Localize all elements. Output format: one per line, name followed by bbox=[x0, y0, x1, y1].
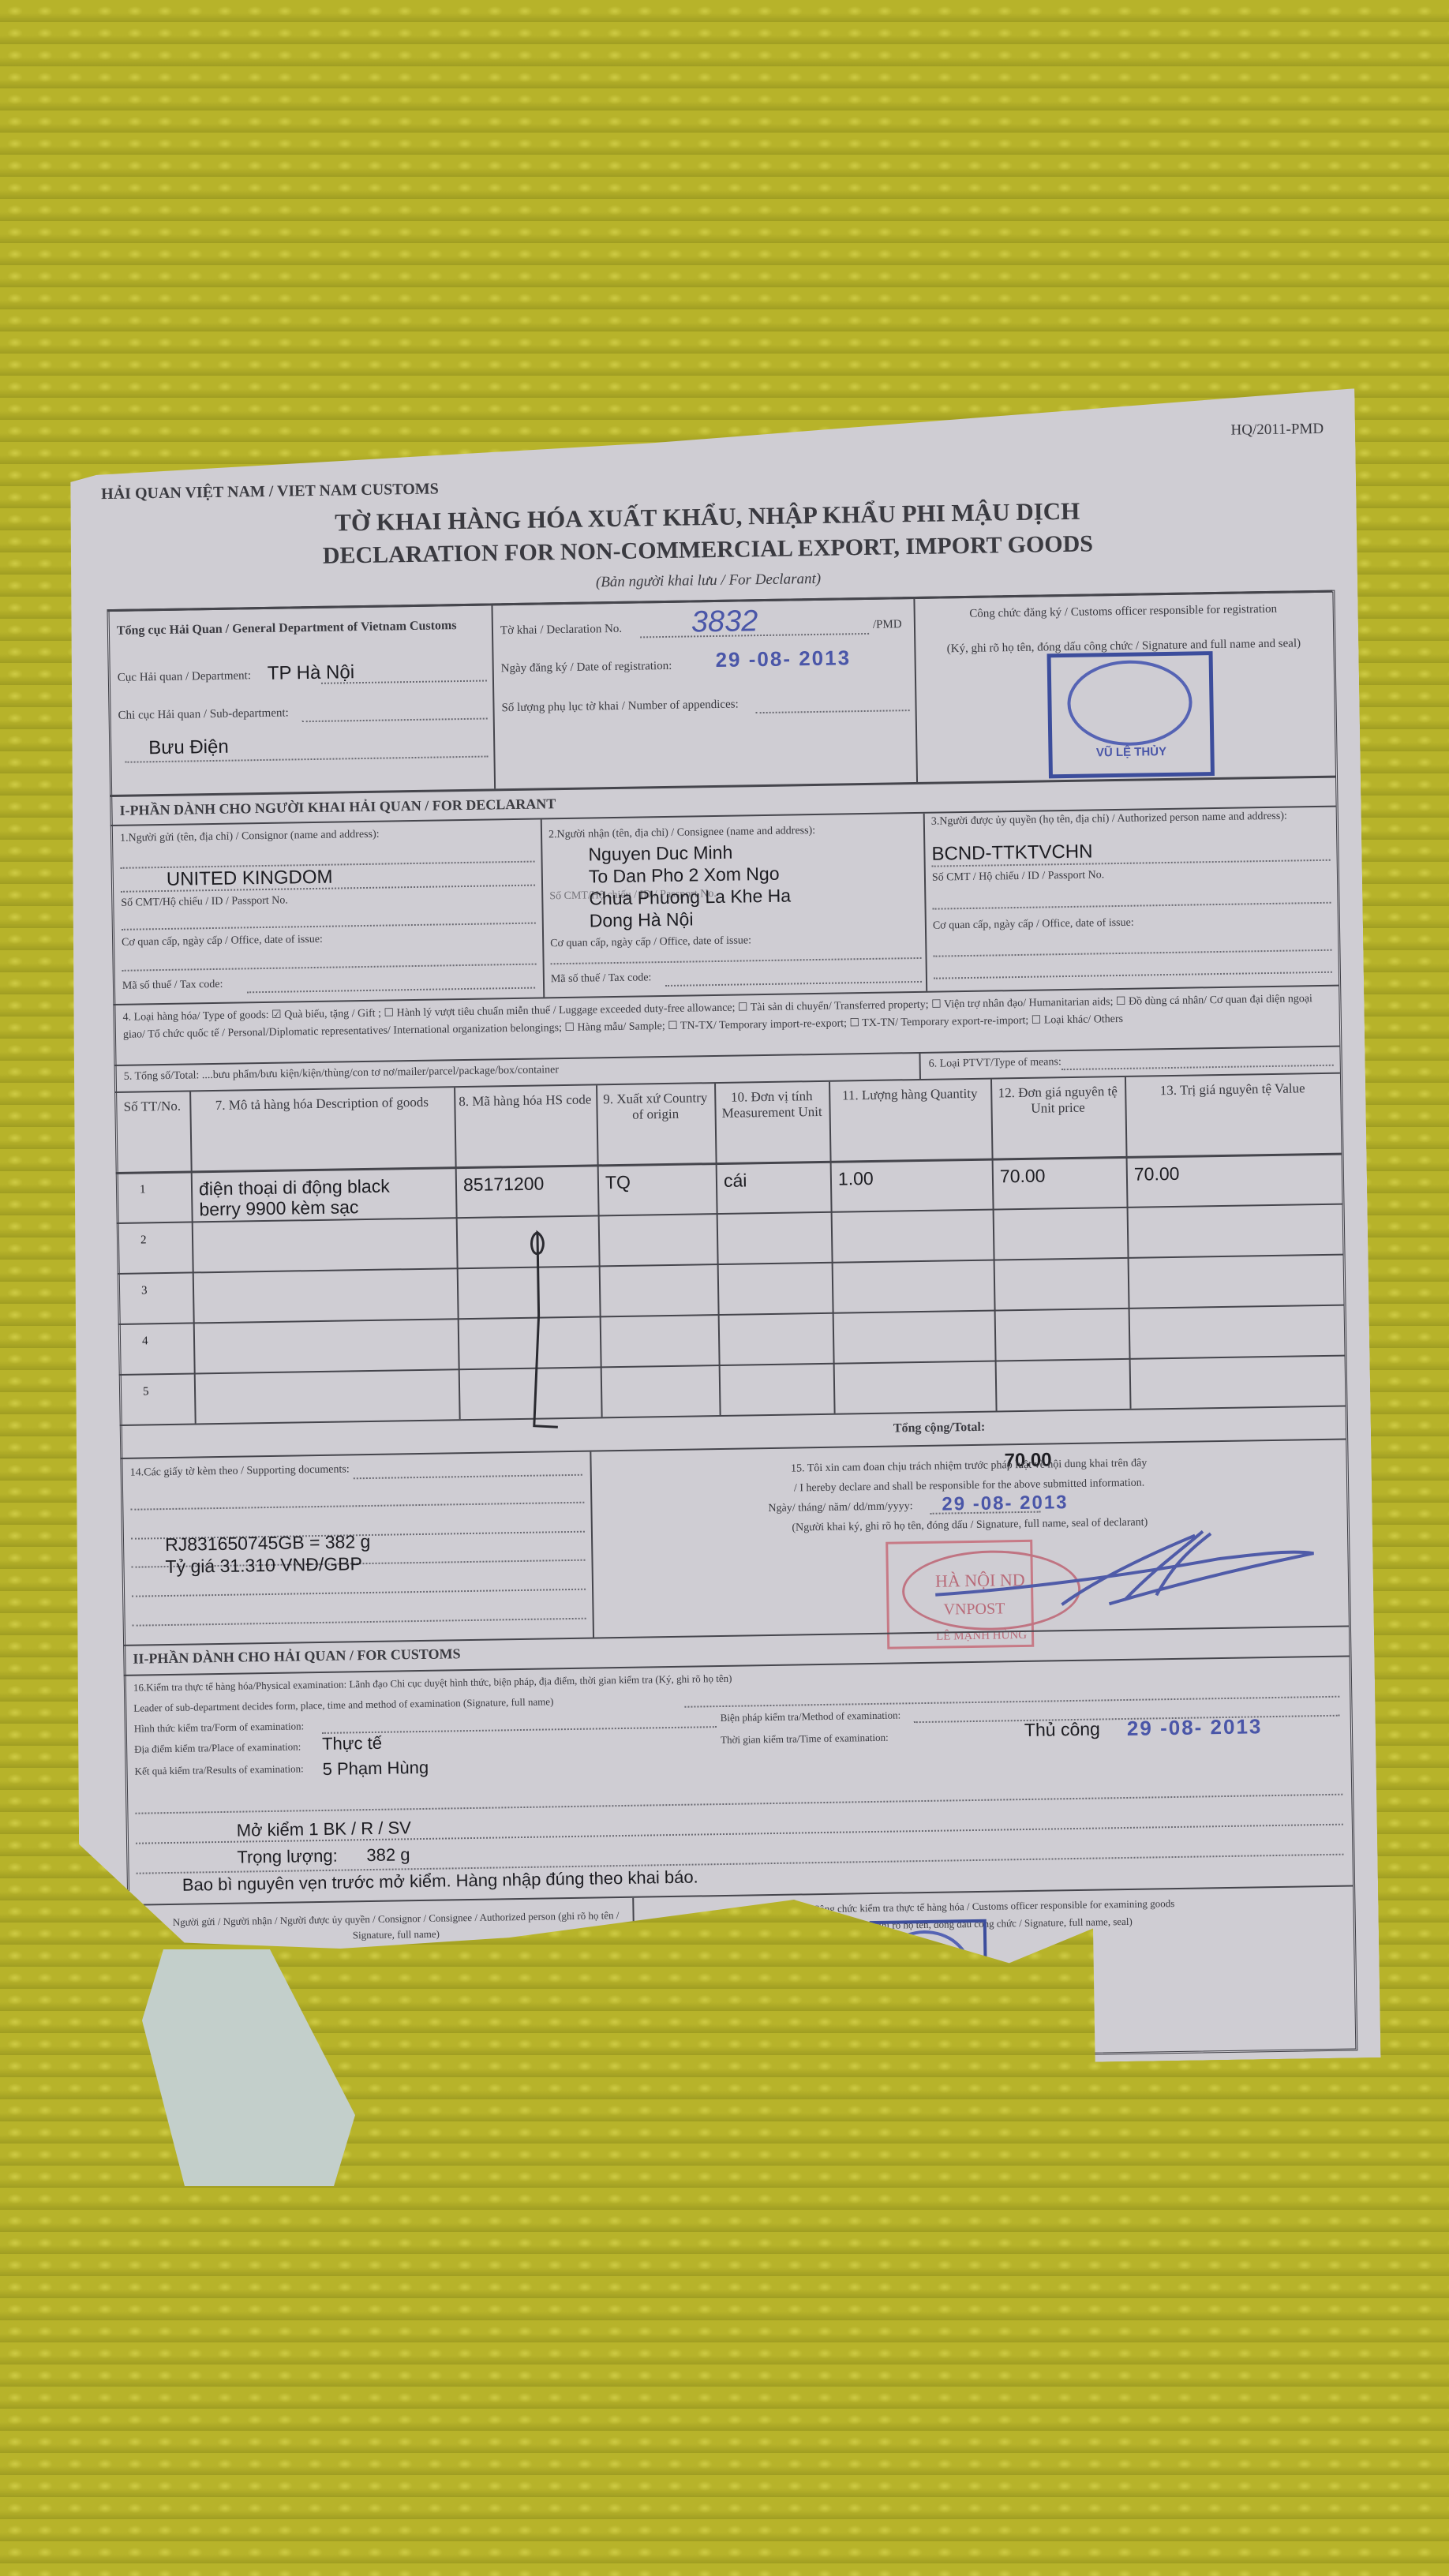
table-cell-unit[interactable] bbox=[725, 1270, 832, 1271]
table-cell-no: 4 bbox=[142, 1330, 193, 1351]
officer-stamp-name: VŨ LỆ THỦY bbox=[1048, 744, 1214, 760]
declaration-date-value[interactable]: 29 -08- 2013 bbox=[942, 1492, 1069, 1516]
table-cell-value[interactable] bbox=[1135, 1211, 1342, 1215]
table-cell-unit-price[interactable] bbox=[1002, 1265, 1128, 1267]
consignee-name[interactable]: Nguyen Duc Minh bbox=[588, 842, 732, 866]
total-label: Tổng cộng/Total: bbox=[893, 1421, 986, 1436]
table-header-cell: 7. Mô tả hàng hóa Description of goods bbox=[193, 1094, 451, 1114]
form-code: HQ/2011-PMD bbox=[1230, 421, 1324, 440]
consignee-address-line-2[interactable]: Chua Phuong La Khe Ha bbox=[589, 885, 791, 910]
table-header-cell: 11. Lượng hàng Quantity bbox=[832, 1086, 987, 1104]
time-of-exam-value[interactable]: 29 -08- 2013 bbox=[1127, 1714, 1263, 1741]
method-of-exam-value[interactable]: Thủ công bbox=[1024, 1718, 1100, 1741]
table-cell-unit-price[interactable] bbox=[1001, 1215, 1127, 1217]
table-cell-description[interactable] bbox=[202, 1376, 459, 1380]
table-cell-unit[interactable] bbox=[726, 1320, 833, 1322]
table-cell-origin[interactable]: TQ bbox=[605, 1170, 716, 1193]
authorized-id-label: Số CMT / Hộ chiếu / ID / Passport No. bbox=[932, 869, 1105, 884]
table-cell-unit[interactable]: cái bbox=[724, 1169, 830, 1191]
table-cell-no: 1 bbox=[140, 1178, 191, 1200]
time-of-exam-label: Thời gian kiểm tra/Time of examination: bbox=[721, 1732, 889, 1747]
table-cell-value[interactable] bbox=[1137, 1363, 1345, 1366]
handwritten-strike-mark-icon bbox=[523, 1228, 574, 1434]
consignee-tax-label: Mã số thuế / Tax code: bbox=[551, 972, 652, 986]
customs-declaration-form: HQ/2011-PMD HẢI QUAN VIỆT NAM / VIET NAM… bbox=[56, 388, 1380, 2078]
supporting-doc-line-1[interactable]: RJ831650745GB = 382 g bbox=[165, 1531, 371, 1556]
table-header-cell: 9. Xuất xứ Country of origin bbox=[599, 1090, 712, 1123]
table-cell-description[interactable] bbox=[200, 1225, 456, 1229]
means-label: 6. Loại PTVT/Type of means: bbox=[929, 1056, 1061, 1071]
table-cell-value[interactable] bbox=[1136, 1312, 1344, 1316]
table-header-cell: 12. Đơn giá nguyên tệ Unit price bbox=[994, 1084, 1122, 1118]
table-cell-no: 2 bbox=[140, 1229, 192, 1250]
consignee-address-line-3[interactable]: Dong Hà Nội bbox=[590, 908, 694, 931]
form-of-exam-label: Hình thức kiểm tra/Form of examination: bbox=[134, 1720, 305, 1735]
consignor-tax-label: Mã số thuế / Tax code: bbox=[122, 979, 223, 993]
results-line-1[interactable]: Mở kiểm 1 BK / R / SV bbox=[237, 1818, 411, 1840]
table-cell-quantity[interactable]: 1.00 bbox=[838, 1166, 992, 1189]
table-cell-quantity[interactable] bbox=[841, 1318, 994, 1320]
declaration-no-label: Tờ khai / Declaration No. bbox=[500, 623, 622, 638]
witness-label: Người gửi / Người nhận / Người được ủy q… bbox=[167, 1908, 625, 1946]
table-cell-unit-price[interactable]: 70.00 bbox=[1000, 1164, 1126, 1187]
registration-date-label: Ngày đăng ký / Date of registration: bbox=[501, 660, 672, 676]
table-cell-unit[interactable] bbox=[727, 1371, 833, 1372]
table-cell-unit-price[interactable] bbox=[1002, 1316, 1129, 1318]
table-header-cell: 10. Đơn vị tính Measurement Unit bbox=[717, 1088, 826, 1121]
table-cell-hs-code[interactable]: 85171200 bbox=[463, 1172, 597, 1195]
torn-paper-flap bbox=[142, 1949, 355, 2186]
examiner-stamp-seal-icon bbox=[878, 1930, 972, 2012]
table-header-cell: Số TT/No. bbox=[118, 1099, 186, 1115]
consignee-address-line-1[interactable]: To Dan Pho 2 Xom Ngo bbox=[589, 863, 780, 888]
sub-department-value[interactable]: Bưu Điện bbox=[148, 736, 229, 760]
place-of-exam-label: Địa điểm kiểm tra/Place of examination: bbox=[134, 1740, 301, 1755]
table-cell-description[interactable] bbox=[200, 1275, 457, 1279]
examiner-stamp-name: LÊ TÚ ANH bbox=[886, 2007, 941, 2020]
table-cell-origin[interactable] bbox=[606, 1221, 717, 1222]
table-cell-value[interactable]: 70.00 bbox=[1134, 1161, 1342, 1185]
declarant-signature-icon bbox=[919, 1526, 1331, 1619]
table-cell-no: 3 bbox=[141, 1279, 193, 1301]
registration-date-value[interactable]: 29 -08- 2013 bbox=[715, 646, 851, 672]
table-cell-description[interactable]: điện thoại di động black berry 9900 kèm … bbox=[199, 1175, 436, 1220]
table-cell-no: 5 bbox=[143, 1380, 194, 1402]
table-cell-quantity[interactable] bbox=[841, 1368, 995, 1371]
table-header-cell: 13. Trị giá nguyên tệ Value bbox=[1128, 1080, 1337, 1099]
table-cell-unit-price[interactable] bbox=[1003, 1366, 1129, 1368]
department-label: Cục Hải quan / Department: bbox=[118, 669, 251, 685]
table-cell-quantity[interactable] bbox=[840, 1267, 994, 1270]
table-cell-value[interactable] bbox=[1136, 1262, 1343, 1265]
consignor-id-label: Số CMT/Hộ chiếu / ID / Passport No. bbox=[121, 895, 288, 910]
goods-table: Số TT/No.7. Mô tả hàng hóa Description o… bbox=[114, 1074, 1345, 1425]
form-of-exam-value[interactable]: Thực tế bbox=[322, 1733, 382, 1754]
declaration-no-suffix: /PMD bbox=[873, 618, 902, 632]
supporting-doc-line-2[interactable]: Tỷ giá 31.310 VNĐ/GBP bbox=[165, 1553, 362, 1578]
place-of-exam-value[interactable]: 5 Phạm Hùng bbox=[322, 1758, 429, 1780]
sub-department-label: Chi cục Hải quan / Sub-department: bbox=[118, 706, 288, 722]
agency-name: HẢI QUAN VIỆT NAM / VIET NAM CUSTOMS bbox=[101, 480, 439, 504]
table-cell-hs-code[interactable] bbox=[464, 1222, 598, 1225]
table-cell-unit[interactable] bbox=[724, 1219, 831, 1221]
table-header-cell: 8. Mã hàng hóa HS code bbox=[457, 1091, 593, 1110]
table-cell-quantity[interactable] bbox=[839, 1217, 993, 1219]
results-label: Kết quả kiểm tra/Results of examination: bbox=[134, 1762, 303, 1777]
table-cell-description[interactable] bbox=[201, 1326, 458, 1330]
witness-signature[interactable]: Hằng bbox=[421, 1973, 495, 2005]
results-line-2[interactable]: Trọng lượng: 382 g bbox=[237, 1844, 410, 1867]
authorized-value[interactable]: BCND-TTKTVCHN bbox=[931, 841, 1092, 865]
table-cell-origin[interactable] bbox=[607, 1271, 717, 1273]
table-cell-origin[interactable] bbox=[608, 1322, 718, 1324]
table-cell-origin[interactable] bbox=[608, 1372, 719, 1374]
declaration-date-label: Ngày/ tháng/ năm/ dd/mm/yyyy: bbox=[768, 1500, 912, 1515]
